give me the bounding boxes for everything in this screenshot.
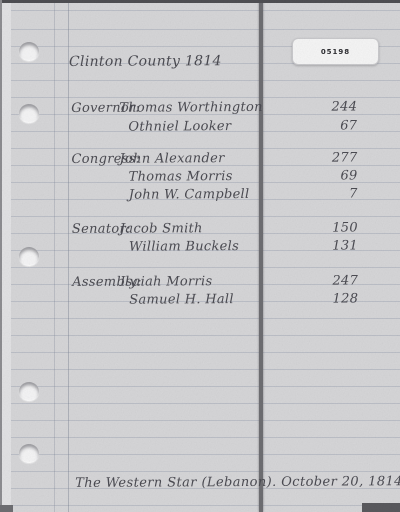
page-edge-highlight <box>2 3 11 512</box>
result-row: Congress:John Alexander 277 <box>71 150 357 168</box>
candidate-name: Othniel Looker <box>128 119 231 135</box>
result-row: William Buckels 131 <box>72 238 358 256</box>
vote-count: 247 <box>332 273 358 288</box>
scanned-ledger-page: 05198 Clinton County 1814 Governor:Thoma… <box>0 0 400 512</box>
office-label: Assembly: <box>72 275 120 290</box>
candidate-name: Jacob Smith <box>120 221 203 236</box>
result-row: John W. Campbell 7 <box>72 186 358 204</box>
vote-count: 69 <box>340 168 357 183</box>
candidate-name: John W. Campbell <box>129 187 250 203</box>
scan-edge-top <box>0 0 400 3</box>
result-row: Thomas Morris 69 <box>72 168 358 186</box>
candidate-name: William Buckels <box>129 239 239 255</box>
vote-count: 67 <box>340 118 357 133</box>
office-label: Congress: <box>71 152 119 167</box>
source-citation: The Western Star (Lebanon). October 20, … <box>75 474 400 491</box>
result-row: Assembly:Isaiah Morris 247 <box>72 273 358 291</box>
office-label: Senator: <box>72 222 120 237</box>
vote-count: 7 <box>349 186 358 201</box>
vote-count: 150 <box>332 220 358 235</box>
handwritten-content: Clinton County 1814 Governor:Thomas Wort… <box>0 0 400 512</box>
result-row: Senator:Jacob Smith 150 <box>72 220 358 238</box>
candidate-name: Thomas Worthington <box>119 100 263 116</box>
vote-count: 128 <box>333 291 359 306</box>
page-title: Clinton County 1814 <box>69 53 222 70</box>
result-row: Governor:Thomas Worthington 244 <box>71 99 357 117</box>
scan-artifact-bottom-left <box>0 505 13 512</box>
result-row: Othniel Looker 67 <box>71 118 357 136</box>
candidate-name: Samuel H. Hall <box>129 292 234 308</box>
result-row: Samuel H. Hall 128 <box>72 291 358 309</box>
candidate-name: Thomas Morris <box>129 169 233 185</box>
vote-count: 277 <box>332 150 358 165</box>
candidate-name: Isaiah Morris <box>120 274 212 289</box>
office-label: Governor: <box>71 101 119 116</box>
vote-count: 131 <box>332 238 358 253</box>
vote-count: 244 <box>331 99 357 114</box>
candidate-name: John Alexander <box>119 151 224 167</box>
scan-artifact-bottom-right <box>362 503 400 512</box>
